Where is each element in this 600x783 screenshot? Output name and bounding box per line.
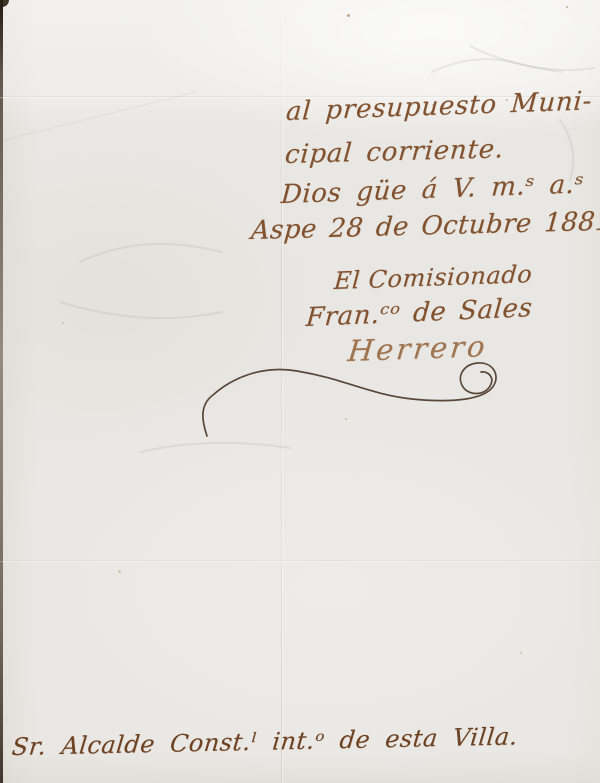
signature-flourish	[0, 0, 600, 783]
scanned-letter-page: al presupuesto Muni- cipal corriente. Di…	[0, 0, 600, 783]
